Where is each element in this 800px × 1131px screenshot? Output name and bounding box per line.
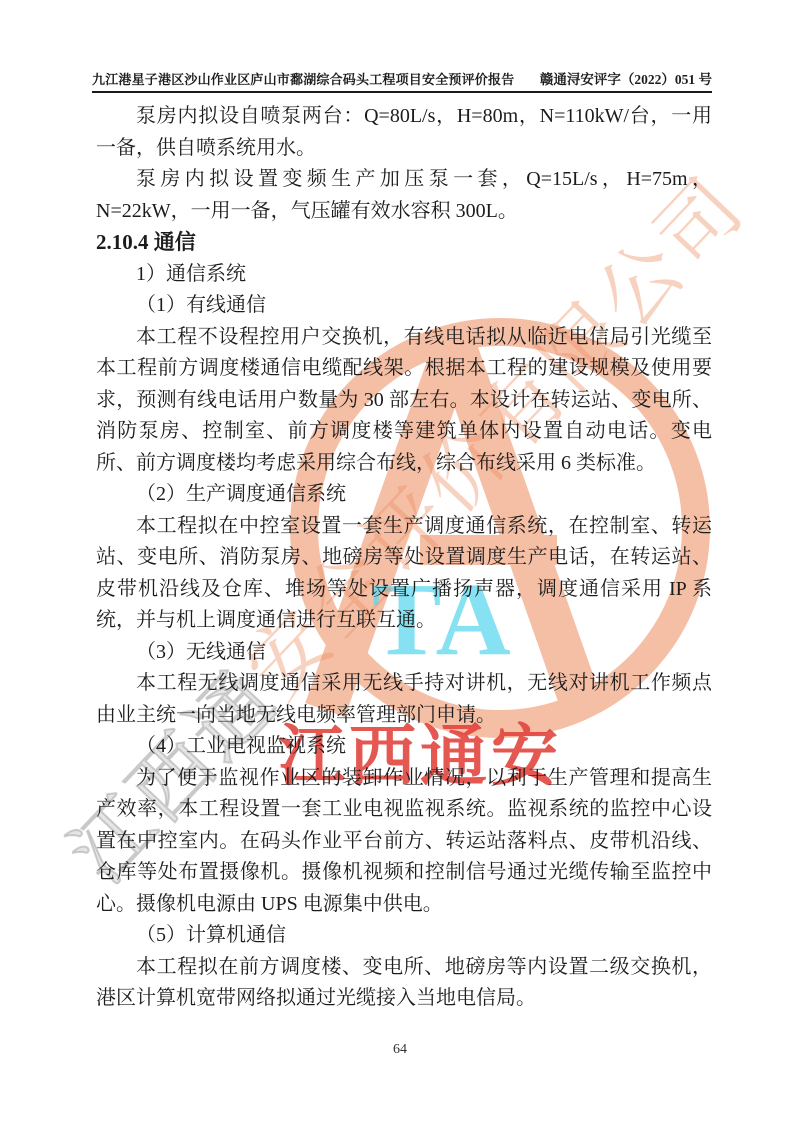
paragraph-spray-pump: 泵房内拟设自喷泵两台：Q=80L/s，H=80m，N=110kW/台，一用一备，…: [96, 101, 712, 164]
subheading-dispatch: （2）生产调度通信系统: [96, 479, 712, 511]
subheading-wired: （1）有线通信: [96, 290, 712, 322]
subheading-comm-system: 1）通信系统: [96, 259, 712, 291]
page-header: 九江港星子港区沙山作业区庐山市鄱湖综合码头工程项目安全预评价报告 赣通浔安评字（…: [92, 0, 712, 93]
text-layer: 九江港星子港区沙山作业区庐山市鄱湖综合码头工程项目安全预评价报告 赣通浔安评字（…: [0, 0, 800, 1131]
paragraph-wireless: 本工程无线调度通信采用无线手持对讲机，无线对讲机工作频点由业主统一向当地无线电频…: [96, 668, 712, 731]
paragraph-computer: 本工程拟在前方调度楼、变电所、地磅房等内设置二级交换机，港区计算机宽带网络拟通过…: [96, 952, 712, 1015]
subheading-cctv: （4）工业电视监视系统: [96, 731, 712, 763]
subheading-wireless: （3）无线通信: [96, 637, 712, 669]
section-heading-2-10-4: 2.10.4 通信: [96, 227, 712, 259]
paragraph-cctv: 为了便于监视作业区的装卸作业情况，以利于生产管理和提高生产效率，本工程设置一套工…: [96, 763, 712, 921]
body-content: 泵房内拟设自喷泵两台：Q=80L/s，H=80m，N=110kW/台，一用一备，…: [96, 101, 712, 1015]
page-number: 64: [0, 1042, 800, 1058]
document-page: TA 江西通安全评价有限公司 江西通安 九江港星子港区沙山作业区庐山市鄱湖综合码…: [0, 0, 800, 1131]
subheading-computer: （5）计算机通信: [96, 920, 712, 952]
paragraph-wired: 本工程不设程控用户交换机，有线电话拟从临近电信局引光缆至本工程前方调度楼通信电缆…: [96, 322, 712, 480]
document-number: 赣通浔安评字（2022）051 号: [540, 68, 712, 88]
report-title: 九江港星子港区沙山作业区庐山市鄱湖综合码头工程项目安全预评价报告: [92, 69, 514, 88]
paragraph-dispatch: 本工程拟在中控室设置一套生产调度通信系统，在控制室、转运站、变电所、消防泵房、地…: [96, 511, 712, 637]
paragraph-pressure-pump: 泵房内拟设置变频生产加压泵一套，Q=15L/s，H=75m，N=22kW，一用一…: [96, 164, 712, 227]
